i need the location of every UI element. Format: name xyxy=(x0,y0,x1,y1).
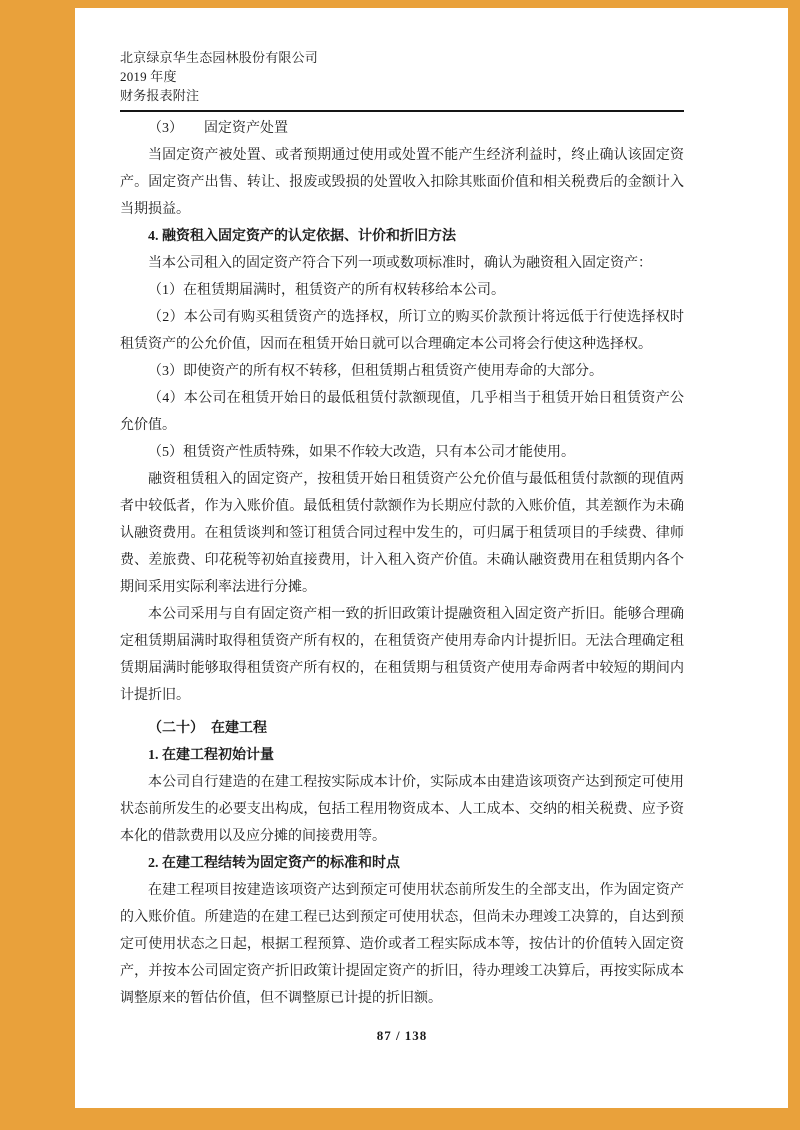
list-item: （5）租赁资产性质特殊，如果不作较大改造，只有本公司才能使用。 xyxy=(120,439,684,466)
document-body: （3） 固定资产处置 当固定资产被处置、或者预期通过使用或处置不能产生经济利益时… xyxy=(120,115,684,1012)
list-item: （2）本公司有购买租赁资产的选择权，所订立的购买价款预计将远低于行使选择权时租赁… xyxy=(120,304,684,358)
paragraph: 在建工程项目按建造该项资产达到预定可使用状态前所发生的全部支出，作为固定资产的入… xyxy=(120,877,684,1012)
list-item: （3）即使资产的所有权不转移，但租赁期占租赁资产使用寿命的大部分。 xyxy=(120,358,684,385)
document-page: 北京绿京华生态园林股份有限公司 2019 年度 财务报表附注 （3） 固定资产处… xyxy=(75,8,788,1108)
page-frame: 北京绿京华生态园林股份有限公司 2019 年度 财务报表附注 （3） 固定资产处… xyxy=(0,0,800,1130)
paragraph: 本公司自行建造的在建工程按实际成本计价，实际成本由建造该项资产达到预定可使用状态… xyxy=(120,769,684,850)
heading-construction-in-progress: （二十） 在建工程 xyxy=(120,715,684,742)
paragraph: 当固定资产被处置、或者预期通过使用或处置不能产生经济利益时，终止确认该固定资产。… xyxy=(120,142,684,223)
page-content: 北京绿京华生态园林股份有限公司 2019 年度 财务报表附注 （3） 固定资产处… xyxy=(120,48,684,1044)
paragraph: 本公司采用与自有固定资产相一致的折旧政策计提融资租入固定资产折旧。能够合理确定租… xyxy=(120,601,684,709)
report-title: 财务报表附注 xyxy=(120,86,684,105)
heading-cip-transfer-criteria: 2. 在建工程结转为固定资产的标准和时点 xyxy=(120,850,684,877)
document-header: 北京绿京华生态园林股份有限公司 2019 年度 财务报表附注 xyxy=(120,48,684,105)
paragraph: 融资租赁租入的固定资产，按租赁开始日租赁资产公允价值与最低租赁付款额的现值两者中… xyxy=(120,466,684,601)
header-divider xyxy=(120,110,684,112)
heading-finance-lease: 4. 融资租入固定资产的认定依据、计价和折旧方法 xyxy=(120,223,684,250)
page-number: 87 / 138 xyxy=(120,1028,684,1044)
paragraph: 当本公司租入的固定资产符合下列一项或数项标准时，确认为融资租入固定资产： xyxy=(120,250,684,277)
list-item: （4）本公司在租赁开始日的最低租赁付款额现值，几乎相当于租赁开始日租赁资产公允价… xyxy=(120,385,684,439)
company-name: 北京绿京华生态园林股份有限公司 xyxy=(120,48,684,67)
report-year: 2019 年度 xyxy=(120,67,684,86)
heading-cip-initial-measurement: 1. 在建工程初始计量 xyxy=(120,742,684,769)
subheading-fixed-asset-disposal: （3） 固定资产处置 xyxy=(120,115,684,142)
list-item: （1）在租赁期届满时，租赁资产的所有权转移给本公司。 xyxy=(120,277,684,304)
